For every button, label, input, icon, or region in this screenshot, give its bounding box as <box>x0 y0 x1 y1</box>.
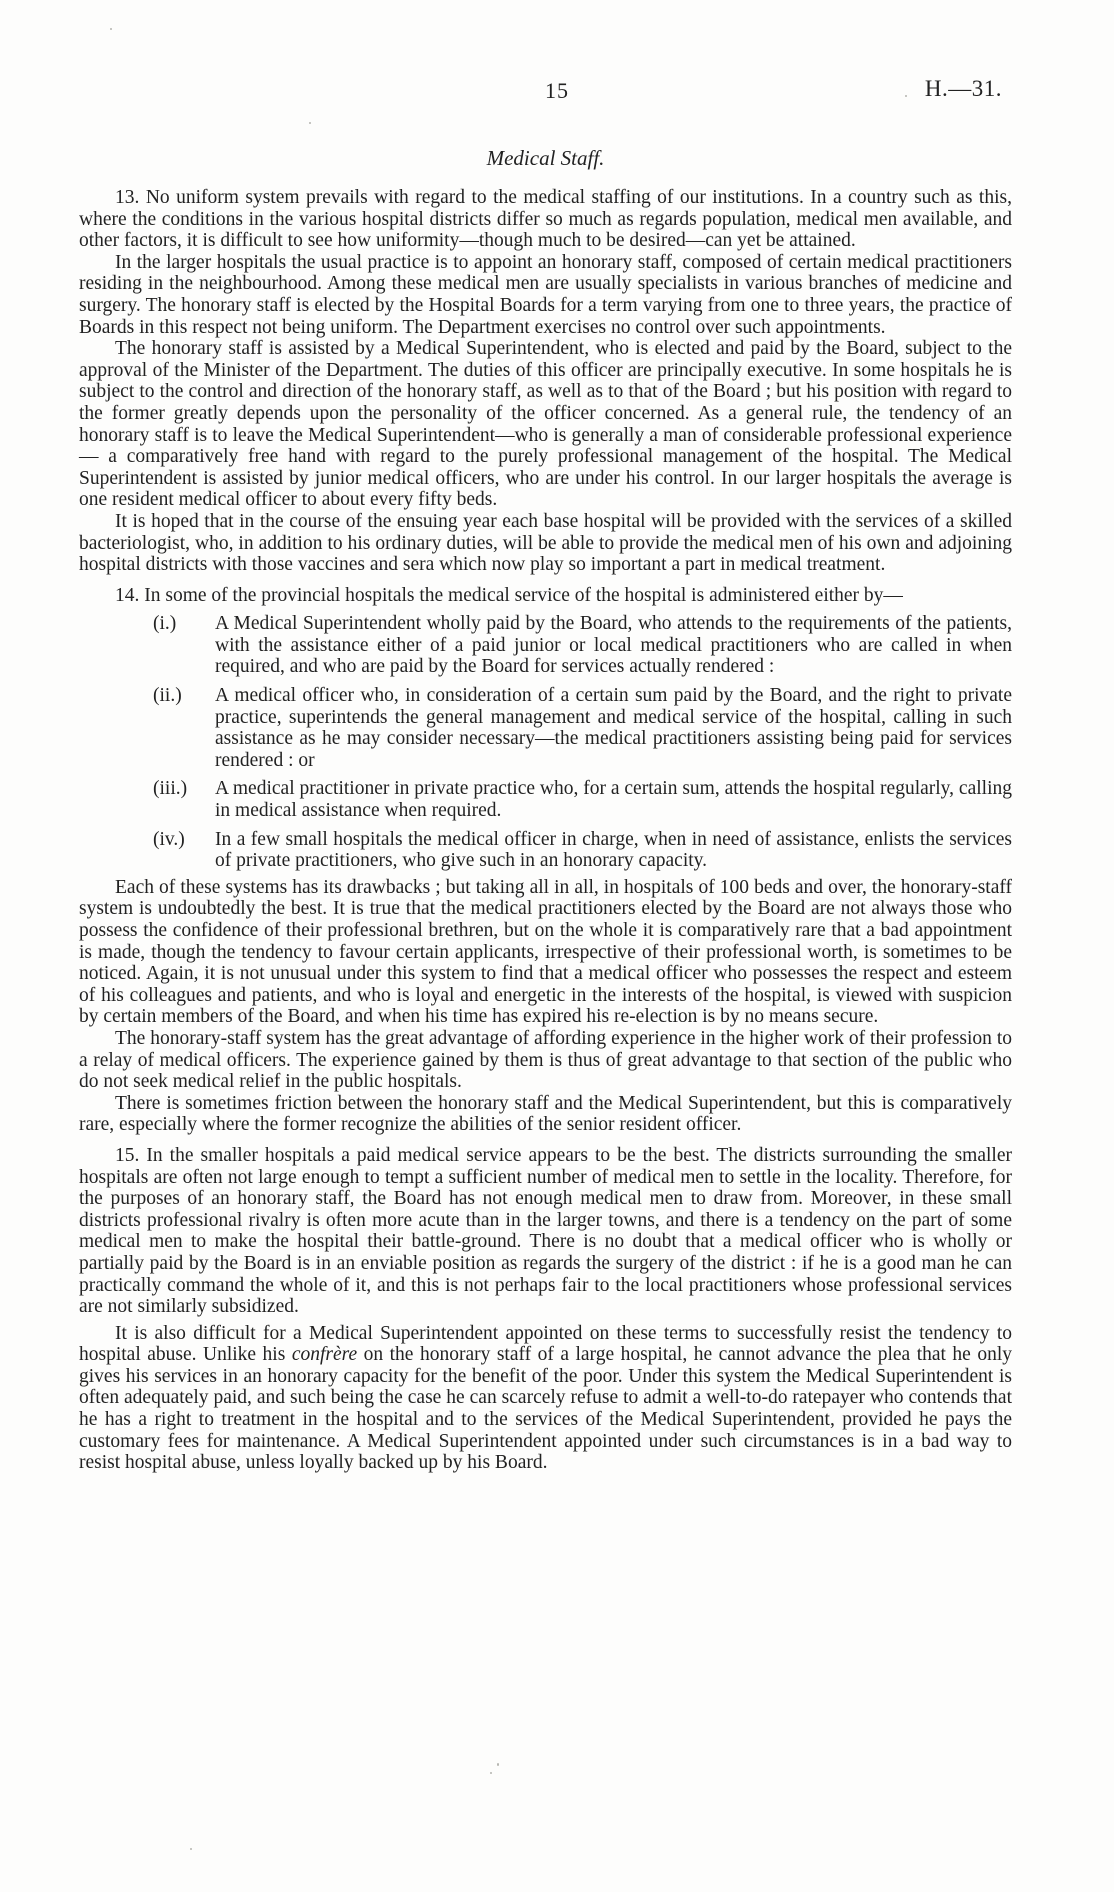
paragraph-medical-superintendent: The honorary staff is assisted by a Medi… <box>79 338 1012 511</box>
paragraph-advantage: The honorary-staff system has the great … <box>79 1028 1012 1093</box>
scan-speck <box>309 122 311 124</box>
list-item-iii: (iii.) A medical practitioner in private… <box>79 778 1012 821</box>
paragraph-friction: There is sometimes friction between the … <box>79 1093 1012 1136</box>
list-item-ii: (ii.) A medical officer who, in consider… <box>79 685 1012 771</box>
scan-speck <box>497 1763 499 1766</box>
list-item-i: (i.) A Medical Superintendent wholly pai… <box>79 613 1012 678</box>
scan-speck <box>190 1848 192 1850</box>
list-item-i-text: A Medical Superintendent wholly paid by … <box>215 613 1012 678</box>
list-item-ii-label: (ii.) <box>153 685 215 771</box>
list-item-iii-text: A medical practitioner in private practi… <box>215 778 1012 821</box>
list-item-ii-text: A medical officer who, in consideration … <box>215 685 1012 771</box>
page-body: 13. No uniform system prevails with rega… <box>79 187 1012 1474</box>
list-item-iv-label: (iv.) <box>153 829 215 872</box>
scan-speck <box>905 95 907 97</box>
scan-speck <box>110 28 112 30</box>
list-item-i-label: (i.) <box>153 613 215 678</box>
list-item-iii-label: (iii.) <box>153 778 215 821</box>
list-item-iv: (iv.) In a few small hospitals the medic… <box>79 829 1012 872</box>
section-title: Medical Staff. <box>79 146 1012 171</box>
scanned-report-page: 15 H.—31. Medical Staff. 13. No uniform … <box>0 0 1114 1892</box>
confrere-italic: confrère <box>292 1344 357 1365</box>
document-reference: H.—31. <box>925 76 1002 102</box>
paragraph-15: 15. In the smaller hospitals a paid medi… <box>79 1145 1012 1318</box>
paragraph-bacteriologist: It is hoped that in the course of the en… <box>79 511 1012 576</box>
scan-speck <box>490 1772 492 1774</box>
paragraph-13: 13. No uniform system prevails with rega… <box>79 187 1012 252</box>
paragraph-16: It is also difficult for a Medical Super… <box>79 1323 1012 1474</box>
paragraph-drawbacks: Each of these systems has its drawbacks … <box>79 877 1012 1028</box>
paragraph-larger-hospitals: In the larger hospitals the usual practi… <box>79 252 1012 338</box>
list-item-iv-text: In a few small hospitals the medical off… <box>215 829 1012 872</box>
paragraph-14-intro: 14. In some of the provincial hospitals … <box>79 585 1012 607</box>
